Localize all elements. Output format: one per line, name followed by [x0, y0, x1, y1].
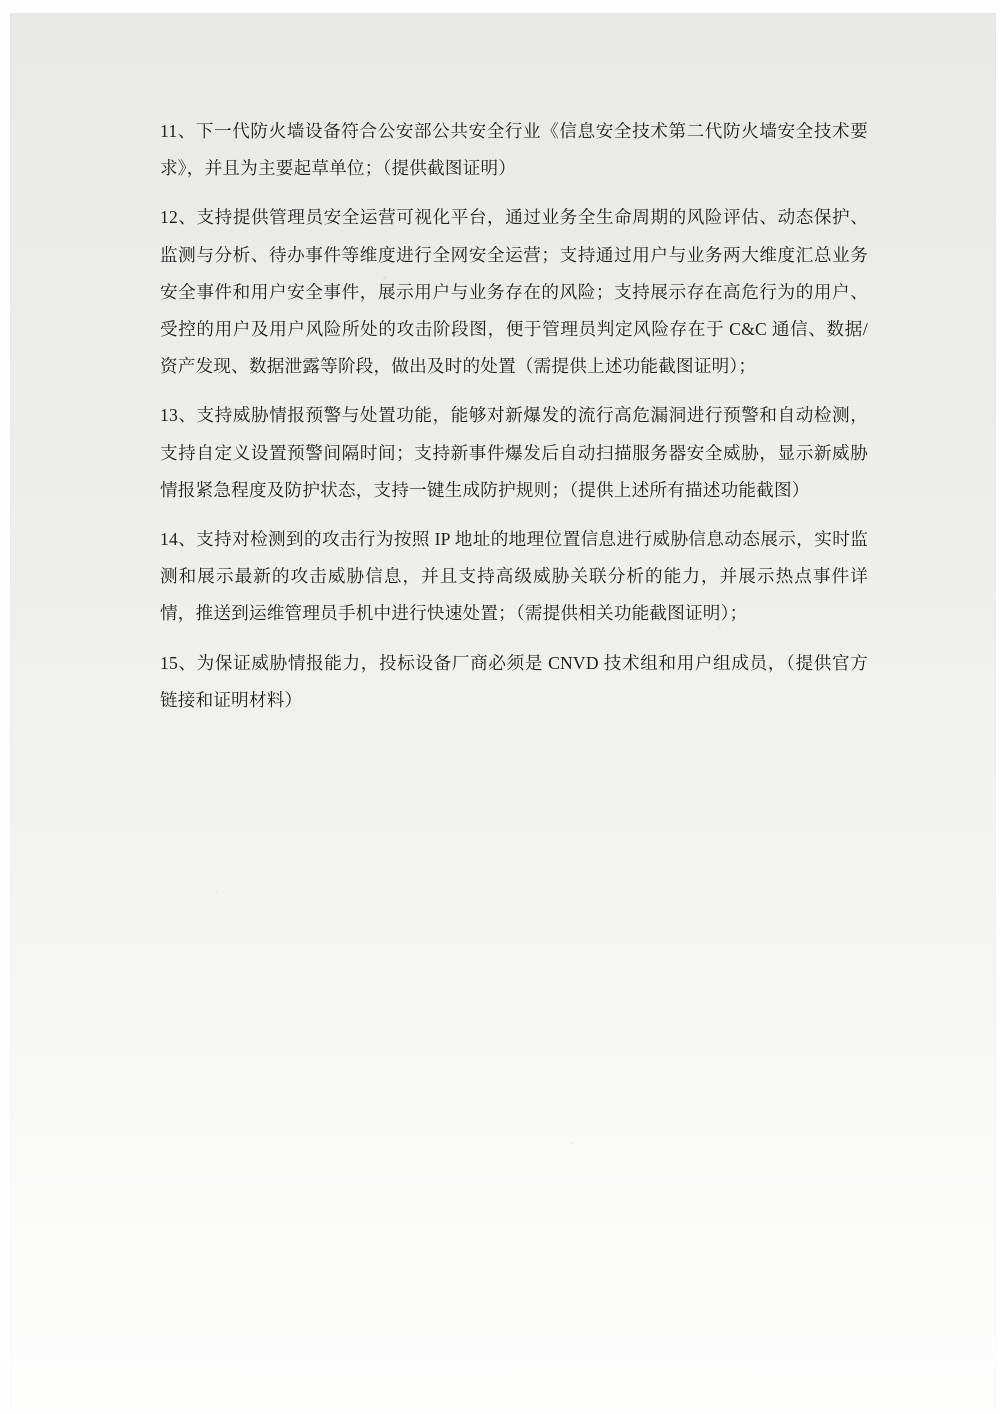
requirement-paragraph-14: 14、支持对检测到的攻击行为按照 IP 地址的地理位置信息进行威胁信息动态展示，… — [160, 521, 868, 633]
document-body: 11、下一代防火墙设备符合公安部公共安全行业《信息安全技术第二代防火墙安全技术要… — [160, 113, 868, 731]
scanned-document-screenshot: { "colors": { "page_background": "#fefef… — [0, 0, 1000, 1414]
paper-sheet: 11、下一代防火墙设备符合公安部公共安全行业《信息安全技术第二代防火墙安全技术要… — [10, 13, 996, 1408]
requirement-paragraph-11: 11、下一代防火墙设备符合公安部公共安全行业《信息安全技术第二代防火墙安全技术要… — [160, 113, 868, 187]
requirement-paragraph-13: 13、支持威胁情报预警与处置功能，能够对新爆发的流行高危漏洞进行预警和自动检测，… — [160, 397, 868, 509]
requirement-paragraph-12: 12、支持提供管理员安全运营可视化平台，通过业务全生命周期的风险评估、动态保护、… — [160, 199, 868, 385]
requirement-paragraph-15: 15、为保证威胁情报能力，投标设备厂商必须是 CNVD 技术组和用户组成员，（提… — [160, 645, 868, 719]
